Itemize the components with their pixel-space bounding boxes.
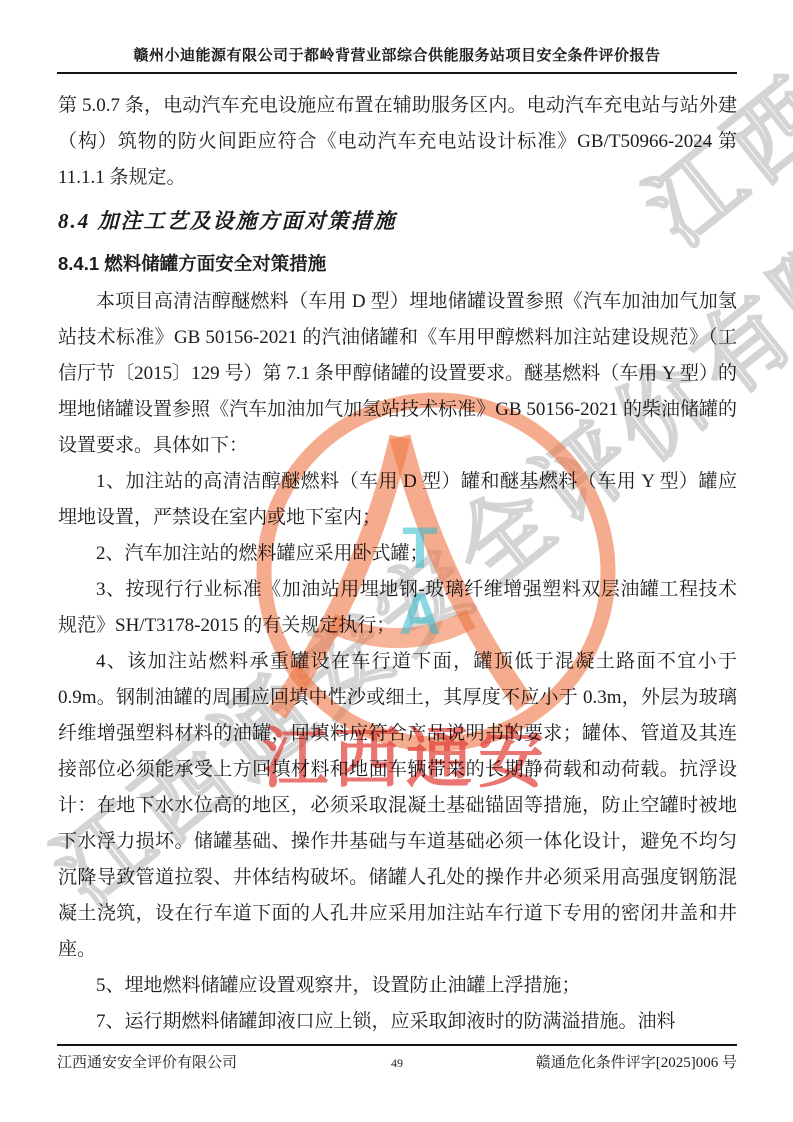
page-header-title: 赣州小迪能源有限公司于都岭背营业部综合供能服务站项目安全条件评价报告 — [57, 44, 737, 74]
list-item-4: 4、该加注站燃料承重罐设在车行道下面，罐顶低于混凝土路面不宜小于 0.9m。钢制… — [58, 644, 737, 968]
list-item-7: 7、运行期燃料储罐卸液口应上锁，应采取卸液时的防满溢措施。油料 — [58, 1004, 737, 1040]
paragraph-intro: 第 5.0.7 条，电动汽车充电设施应布置在辅助服务区内。电动汽车充电站与站外建… — [58, 88, 737, 196]
footer-page-number: 49 — [391, 1056, 403, 1071]
document-body: 第 5.0.7 条，电动汽车充电设施应布置在辅助服务区内。电动汽车充电站与站外建… — [58, 88, 737, 1040]
section-heading-8-4: 8.4 加注工艺及设施方面对策措施 — [58, 196, 737, 244]
footer-doc-number: 赣通危化条件评字[2025]006 号 — [403, 1051, 737, 1072]
paragraph-main: 本项目高清洁醇醚燃料（车用 D 型）埋地储罐设置参照《汽车加油加气加氢站技术标准… — [58, 284, 737, 464]
list-item-2: 2、汽车加注站的燃料罐应采用卧式罐； — [58, 536, 737, 572]
footer-company: 江西通安安全评价有限公司 — [57, 1051, 391, 1072]
list-item-3: 3、按现行行业标准《加油站用埋地钢-玻璃纤维增强塑料双层油罐工程技术规范》SH/… — [58, 572, 737, 644]
report-page: 赣州小迪能源有限公司于都岭背营业部综合供能服务站项目安全条件评价报告 第 5.0… — [0, 0, 793, 1122]
section-heading-8-4-1: 8.4.1 燃料储罐方面安全对策措施 — [58, 244, 737, 284]
list-item-5: 5、埋地燃料储罐应设置观察井，设置防止油罐上浮措施； — [58, 968, 737, 1004]
page-footer: 江西通安安全评价有限公司 49 赣通危化条件评字[2025]006 号 — [57, 1044, 737, 1072]
list-item-1: 1、加注站的高清洁醇醚燃料（车用 D 型）罐和醚基燃料（车用 Y 型）罐应埋地设… — [58, 464, 737, 536]
